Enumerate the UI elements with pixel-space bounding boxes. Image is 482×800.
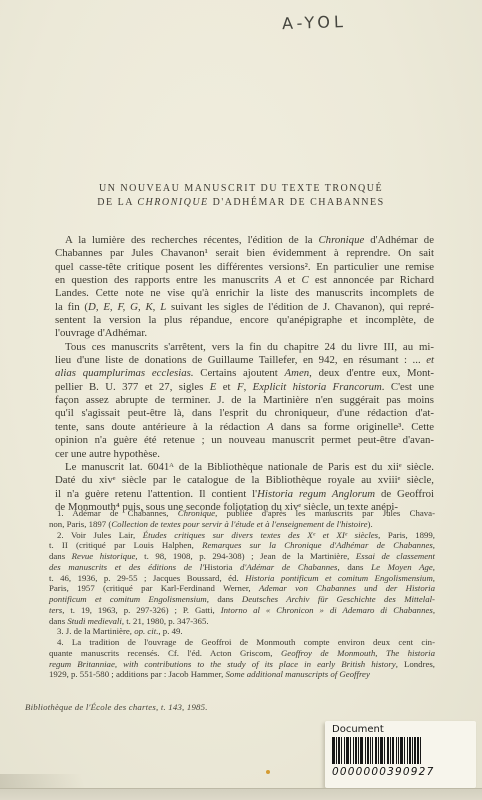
- text-line: sentent la version la plus répandue, enc…: [55, 314, 434, 327]
- text-line: tente, sans doute antérieure à la rédact…: [55, 421, 434, 434]
- barcode-icon: [332, 737, 469, 764]
- text-line: Paris, 1957 (critiqué par Karl-Ferdinand…: [49, 583, 435, 594]
- text-line: pontificum et comitum Engolismensium, da…: [49, 594, 435, 605]
- text-line: l'ouvrage d'Adhémar.: [55, 327, 434, 340]
- text-line: ters, t. 19, 1963, p. 297-326) ; P. Gatt…: [49, 605, 435, 616]
- text-line: Chabannes par Jules Chavanon¹ serait bie…: [55, 247, 434, 260]
- footnote: 2. Voir Jules Lair, Études critiques sur…: [49, 530, 435, 627]
- barcode-gap: [421, 737, 423, 764]
- scan-speck: [266, 770, 270, 774]
- text-line: opinion n'a guère été retenue ; un nouve…: [55, 434, 434, 447]
- footnote: 1. Adémar de Chabannes, Chronique, publi…: [49, 508, 435, 530]
- text-line: quante manuscrits recensés. Cf. l'éd. Ac…: [49, 648, 435, 659]
- text-line: 1929, p. 551-580 ; additions par : Jacob…: [49, 669, 435, 680]
- article-title: UN NOUVEAU MANUSCRIT DU TEXTE TRONQUÉ DE…: [0, 182, 482, 210]
- footnote: 3. J. de la Martinière, op. cit., p. 49.: [49, 626, 435, 637]
- text-line: des manuscrits et des éditions de l'Hist…: [49, 562, 435, 573]
- text-line: regum Britanniae, with contributions to …: [49, 659, 435, 670]
- text-line: 4. La tradition de l'ouvrage de Geoffroi…: [49, 637, 435, 648]
- text-line: lieu d'une liste de donations de Guillau…: [55, 354, 434, 367]
- footnote: 4. La tradition de l'ouvrage de Geoffroi…: [49, 637, 435, 680]
- text-line: t. 46, 1936, p. 29-55 ; Jacques Boussard…: [49, 573, 435, 584]
- text-line: quel casse-tête critique posent les diff…: [55, 261, 434, 274]
- text-line: t. II (critiqué par Louis Halphen, Remar…: [49, 540, 435, 551]
- article-title-line-2: DE LA CHRONIQUE D'ADHÉMAR DE CHABANNES: [0, 196, 482, 210]
- text-line: 3. J. de la Martinière, op. cit., p. 49.: [49, 626, 435, 637]
- text-line: 2. Voir Jules Lair, Études critiques sur…: [49, 530, 435, 541]
- article-title-line-1: UN NOUVEAU MANUSCRIT DU TEXTE TRONQUÉ: [0, 182, 482, 196]
- footnotes: 1. Adémar de Chabannes, Chronique, publi…: [49, 508, 435, 680]
- library-barcode-label: Document 0000000390927: [325, 721, 476, 788]
- paragraph: A la lumière des recherches récentes, l'…: [55, 234, 434, 341]
- text-line: dans Studi medievali, t. 21, 1980, p. 34…: [49, 616, 435, 627]
- text-line: pellier B. U. 377 et 27, sigles E et F, …: [55, 381, 434, 394]
- text-line: la fin (D, E, F, G, K, L suivant les sig…: [55, 301, 434, 314]
- text-line: non, Paris, 1897 (Collection de textes p…: [49, 519, 435, 530]
- text-line: qu'il s'agissait peut-être là, dans l'es…: [55, 407, 434, 420]
- text-line: il n'a guère retenu l'attention. Il cont…: [55, 488, 434, 501]
- text-line: en question des rapports entre les manus…: [55, 274, 434, 287]
- article-body: A la lumière des recherches récentes, l'…: [55, 234, 434, 514]
- paragraph: Tous ces manuscrits s'arrêtent, vers la …: [55, 341, 434, 461]
- barcode-label-title: Document: [332, 724, 476, 735]
- scanned-document-page: A-YOL UN NOUVEAU MANUSCRIT DU TEXTE TRON…: [0, 0, 482, 800]
- text-line: A la lumière des recherches récentes, l'…: [55, 234, 434, 247]
- handwritten-annotation: A-YOL: [282, 12, 347, 33]
- paragraph: Le manuscrit lat. 6041ᴬ de la Bibliothèq…: [55, 461, 434, 514]
- text-line: alias quamplurimas ecclesias. Certains a…: [55, 367, 434, 380]
- text-line: façon assez abrupte de terminer. J. de l…: [55, 394, 434, 407]
- barcode-number: 0000000390927: [332, 766, 476, 778]
- text-line: Le manuscrit lat. 6041ᴬ de la Bibliothèq…: [55, 461, 434, 474]
- text-line: dans Revue historique, t. 98, 1908, p. 2…: [49, 551, 435, 562]
- text-line: 1. Adémar de Chabannes, Chronique, publi…: [49, 508, 435, 519]
- page-bottom-edge: [0, 788, 482, 800]
- text-line: Tous ces manuscrits s'arrêtent, vers la …: [55, 341, 434, 354]
- text-line: Daté du xivᵉ siècle par le catalogue de …: [55, 474, 434, 487]
- text-line: Landes. Cette note ne vise qu'à enrichir…: [55, 287, 434, 300]
- text-line: cer une autre hypothèse.: [55, 448, 434, 461]
- journal-citation: Bibliothèque de l'École des chartes, t. …: [25, 702, 208, 712]
